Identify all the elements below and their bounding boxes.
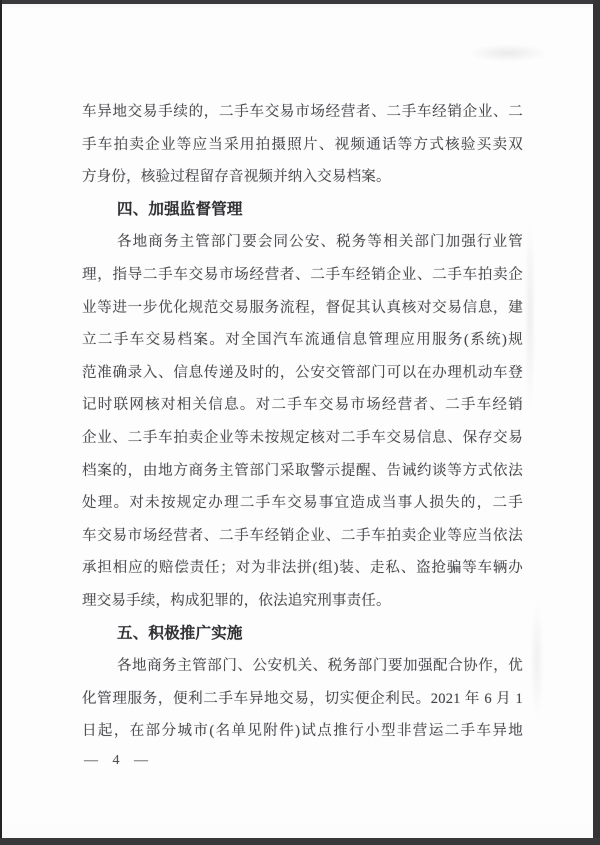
body-line: 手车拍卖企业等应当采用拍摄照片、视频通话等方式核验买卖双 [82, 129, 523, 162]
body-line: 处理。对未按规定办理二手车交易事宜造成当事人损失的，二手 [82, 487, 523, 520]
scanned-document-page: 车异地交易手续的，二手车交易市场经营者、二手车经销企业、二 手车拍卖企业等应当采… [0, 0, 600, 845]
body-line: 立二手车交易档案。对全国汽车流通信息管理应用服务(系统)规 [82, 324, 523, 357]
body-line: 承担相应的赔偿责任；对为非法拼(组)装、走私、盗抢骗等车辆办 [82, 552, 523, 585]
section4-heading: 四、加强监督管理 [82, 194, 523, 227]
body-line: 范准确录入、信息传递及时的，公安交管部门可以在办理机动车登 [82, 357, 523, 390]
body-line: 方身份，核验过程留存音视频并纳入交易档案。 [82, 161, 523, 194]
body-line: 各地商务主管部门、公安机关、税务部门要加强配合协作，优 [82, 650, 523, 683]
body-line: 记时联网核对相关信息。对二手车交易市场经营者、二手车经销 [82, 389, 523, 422]
body-line: 车交易市场经营者、二手车经销企业、二手车拍卖企业等应当依法 [82, 520, 523, 553]
body-line: 档案的，由地方商务主管部门采取警示提醒、告诫约谈等方式依法 [82, 455, 523, 488]
body-line: 理，指导二手车交易市场经营者、二手车经销企业、二手车拍卖企 [82, 259, 523, 292]
scan-edge-bottom [0, 838, 600, 845]
page-number: — 4 — [84, 748, 149, 774]
body-line: 车异地交易手续的，二手车交易市场经营者、二手车经销企业、二 [82, 96, 523, 129]
scan-edge-right [593, 0, 600, 845]
document-content: 车异地交易手续的，二手车交易市场经营者、二手车经销企业、二 手车拍卖企业等应当采… [82, 96, 523, 748]
scan-smudge [468, 44, 548, 62]
body-line: 业等进一步优化规范交易服务流程，督促其认真核对交易信息，建 [82, 292, 523, 325]
scan-smudge [524, 215, 536, 415]
scan-edge-top [0, 0, 600, 4]
section5-heading: 五、积极推广实施 [82, 618, 523, 651]
scan-smudge [530, 600, 544, 720]
body-line: 各地商务主管部门要会同公安、税务等相关部门加强行业管 [82, 226, 523, 259]
body-line: 理交易手续，构成犯罪的，依法追究刑事责任。 [82, 585, 523, 618]
body-line: 日起，在部分城市(名单见附件)试点推行小型非营运二手车异地 [82, 715, 523, 748]
body-line: 企业、二手车拍卖企业等未按规定核对二手车交易信息、保存交易 [82, 422, 523, 455]
scan-edge-left [0, 0, 2, 845]
body-line: 化管理服务，便利二手车异地交易，切实便企利民。2021 年 6 月 1 [82, 683, 523, 716]
